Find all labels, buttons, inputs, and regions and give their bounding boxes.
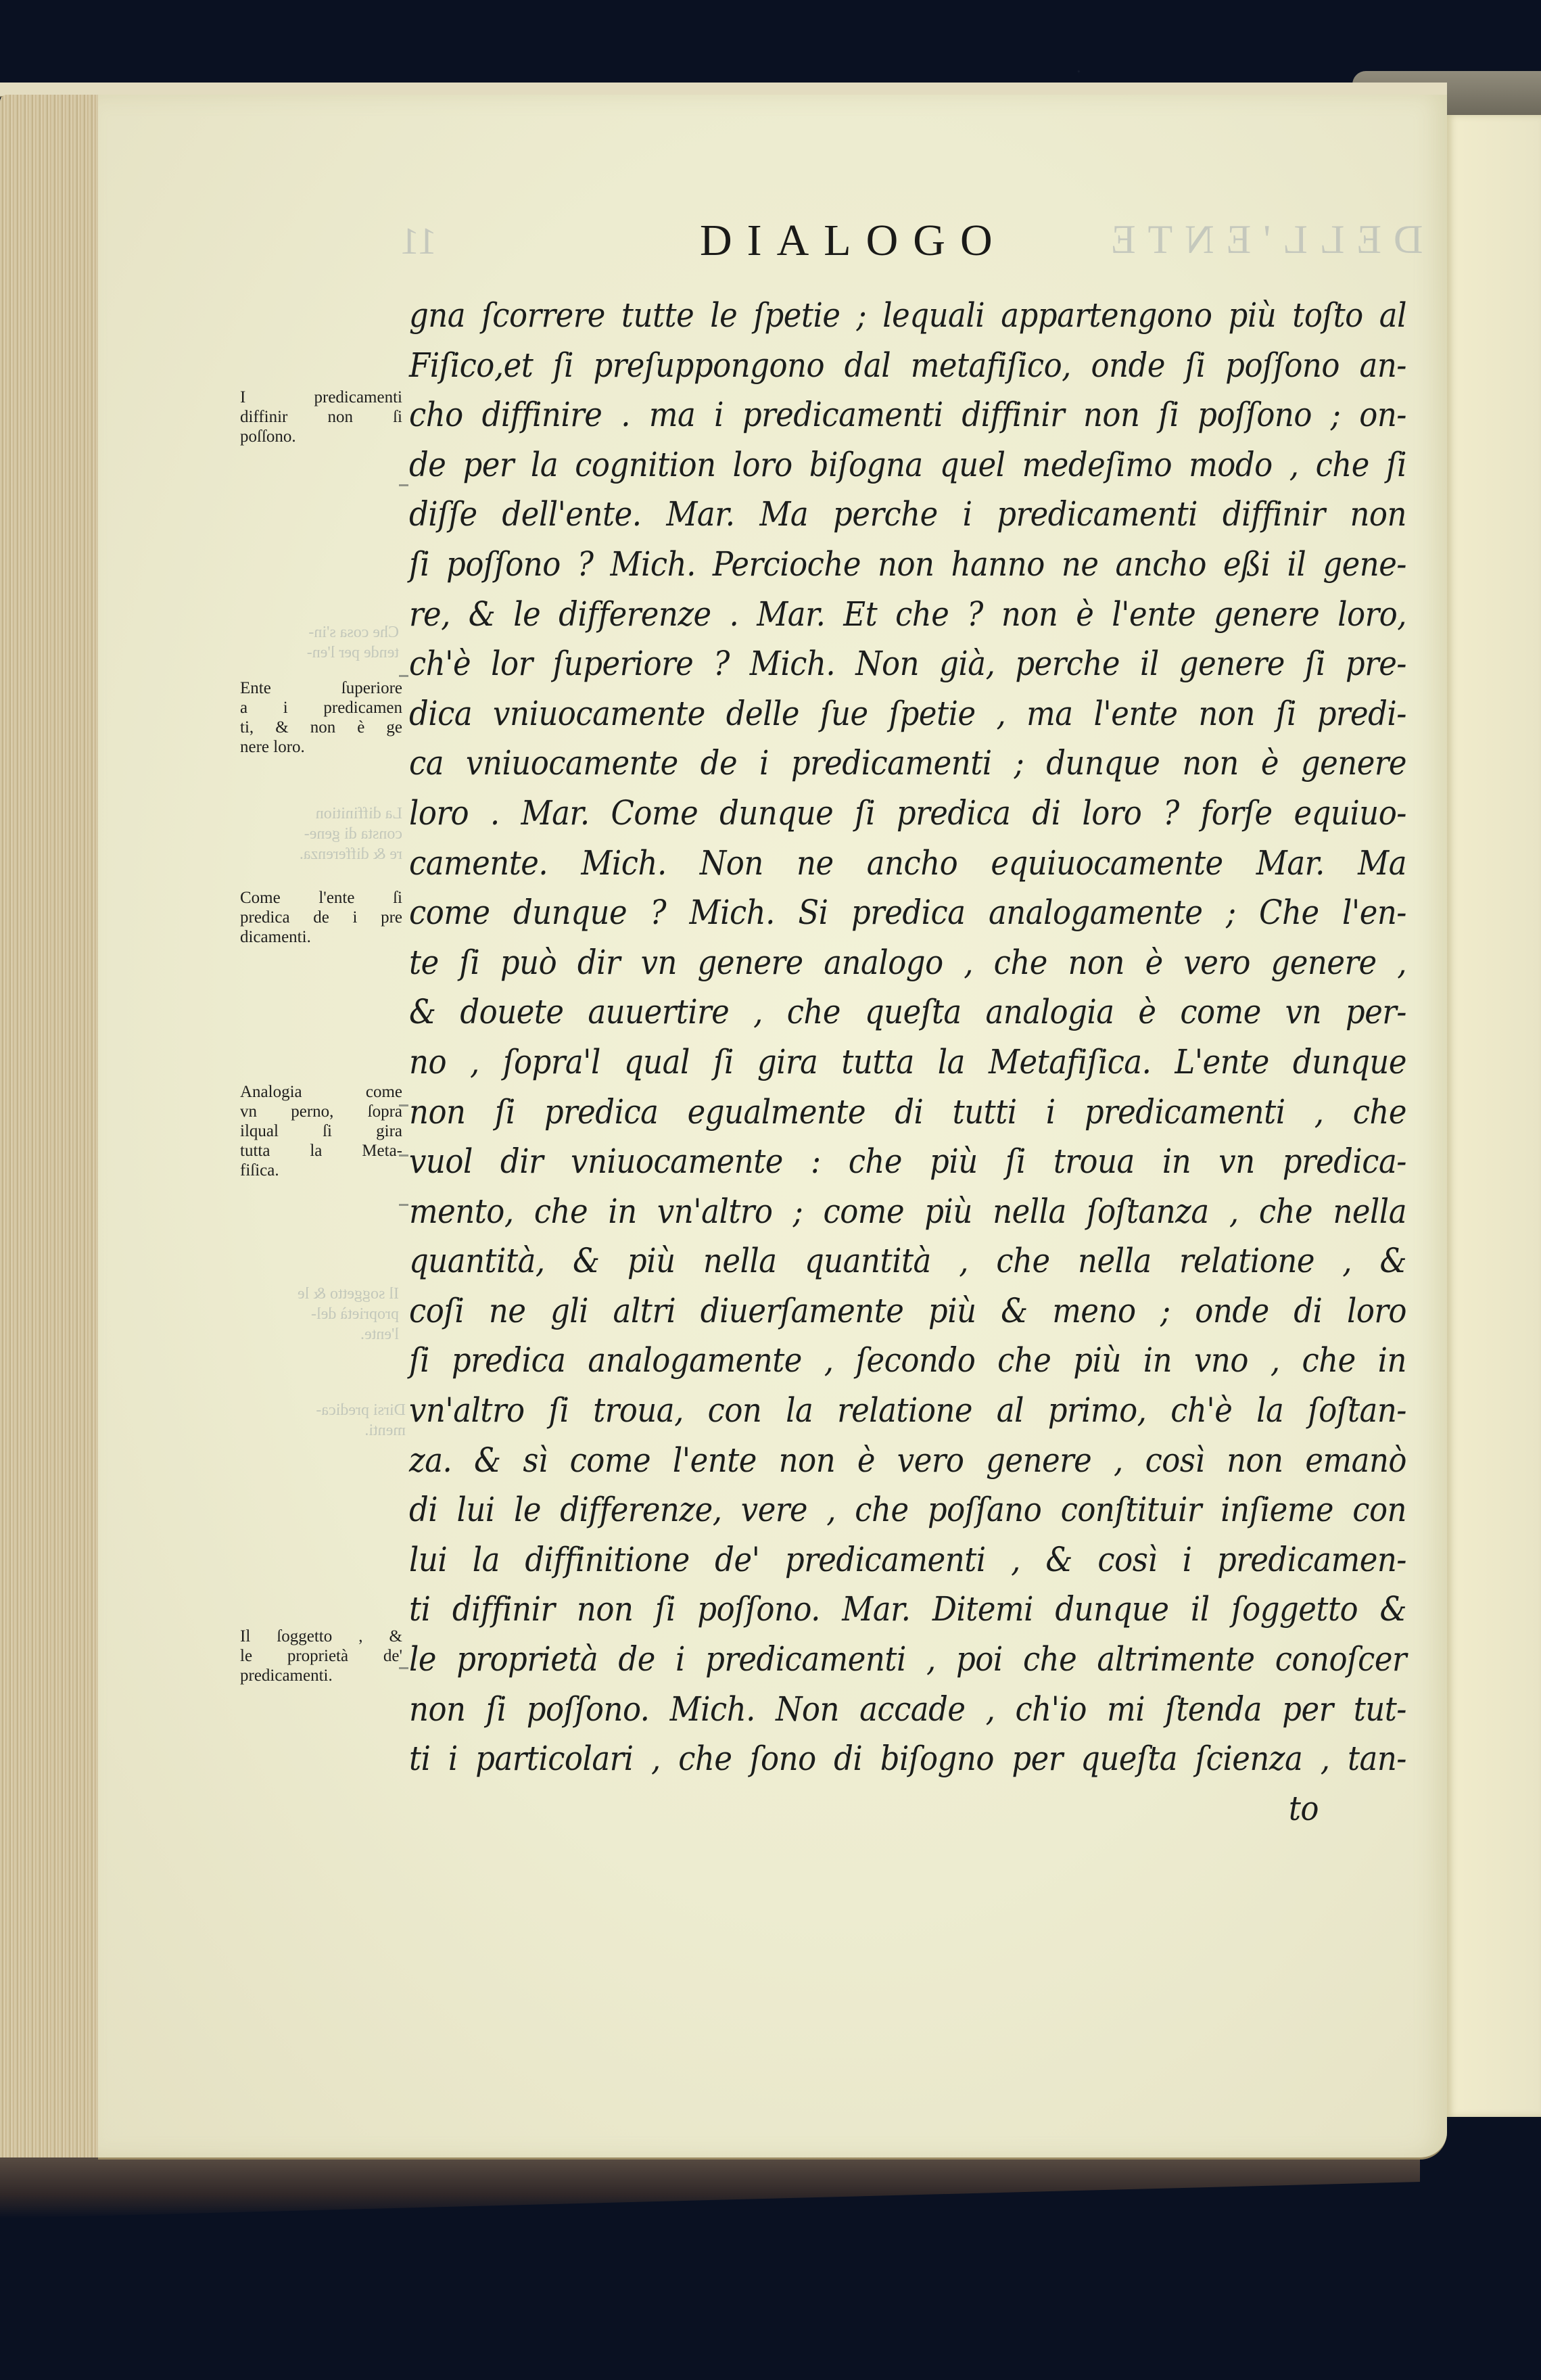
- note-anchor-mark: [399, 675, 408, 677]
- text-line: no , ſopra'l qual ſi gira tutta la Metaf…: [409, 1037, 1406, 1088]
- bleed-through-note: Che cosa s'in- tende per l'en-: [237, 622, 399, 663]
- text-line: Fiſico,et ſi preſuppongono dal metafiſic…: [409, 341, 1406, 391]
- text-line: vn'altro ſi troua, con la relatione al p…: [409, 1386, 1406, 1436]
- bleed-through-running-head: DELL'ENTE: [1099, 216, 1423, 263]
- adjacent-page-edge: [1447, 115, 1541, 2117]
- text-line: non ſi poſſono. Mich. Non accade , ch'io…: [409, 1685, 1406, 1735]
- catchword: to: [409, 1784, 1406, 1834]
- text-line: non ſi predica egualmente di tutti i pre…: [409, 1088, 1406, 1138]
- text-line: dica vniuocamente delle ſue ſpetie , ma …: [409, 689, 1406, 739]
- marginal-note: Come l'ente ſi predica de i pre dicament…: [240, 888, 402, 947]
- text-line: di lui le differenze, vere , che poſſano…: [409, 1485, 1406, 1535]
- note-anchor-mark: [399, 1104, 408, 1106]
- text-line: cho diffinire . ma i predicamenti diffin…: [409, 390, 1406, 440]
- text-line: come dunque ? Mich. Si predica analogame…: [409, 888, 1406, 938]
- bleed-through-note: La diffinition consta di gene- re & diff…: [240, 803, 402, 864]
- text-line: le proprietà de i predicamenti , poi che…: [409, 1635, 1406, 1685]
- text-line: za. & sì come l'ente non è vero genere ,…: [409, 1436, 1406, 1486]
- text-line: lui la diffinitione de' predicamenti , &…: [409, 1535, 1406, 1585]
- text-line: gna ſcorrere tutte le ſpetie ; lequali a…: [409, 291, 1406, 341]
- body-text: gna ſcorrere tutte le ſpetie ; lequali a…: [409, 291, 1406, 1834]
- bleed-through-page-number: 11: [400, 220, 437, 263]
- bleed-through-note: Dirsi predica- menti.: [243, 1400, 406, 1441]
- note-anchor-mark: [399, 484, 408, 486]
- marginal-note: Ente ſuperiore a i predicamen ti, & non …: [240, 678, 402, 757]
- text-line: re, & le differenze . Mar. Et che ? non …: [409, 590, 1406, 640]
- text-line: loro . Mar. Come dunque ſi predica di lo…: [409, 789, 1406, 839]
- text-line: ch'è lor ſuperiore ? Mich. Non già, perc…: [409, 639, 1406, 689]
- text-line: ti diffinir non ſi poſſono. Mar. Ditemi …: [409, 1585, 1406, 1635]
- marginal-note: Analogia come vn perno, ſopra ilqual ſi …: [240, 1082, 402, 1180]
- note-anchor-mark: [399, 1667, 408, 1669]
- text-line: camente. Mich. Non ne ancho equiuocament…: [409, 839, 1406, 889]
- bleed-through-note: Il soggetto & le proprietà del- l'ente.: [237, 1284, 399, 1345]
- note-anchor-mark: [399, 1154, 408, 1157]
- fore-edge-leaves: [0, 95, 101, 2157]
- text-line: vuol dir vniuocamente : che più ſi troua…: [409, 1137, 1406, 1187]
- text-line: ti i particolari , che ſono di biſogno p…: [409, 1734, 1406, 1784]
- text-line: de per la cognition loro biſogna quel me…: [409, 440, 1406, 490]
- marginal-note: I predicamenti diffinir non ſi poſſono.: [240, 388, 402, 446]
- text-line: mento, che in vn'altro ; come più nella …: [409, 1187, 1406, 1237]
- text-line: quantità, & più nella quantità , che nel…: [409, 1236, 1406, 1286]
- marginal-note: Il ſoggetto , & le proprietà de' predica…: [240, 1627, 402, 1685]
- text-line: diſſe dell'ente. Mar. Ma perche i predic…: [409, 490, 1406, 540]
- text-line: te ſi può dir vn genere analogo , che no…: [409, 938, 1406, 988]
- text-line: ſi poſſono ? Mich. Percioche non hanno n…: [409, 540, 1406, 590]
- text-line: & douete auuertire , che queſta analogia…: [409, 987, 1406, 1037]
- text-line: ca vniuocamente de i predicamenti ; dunq…: [409, 739, 1406, 789]
- note-anchor-mark: [399, 1204, 408, 1206]
- running-head: DIALOGO: [700, 215, 1007, 266]
- text-line: coſi ne gli altri diuerſamente più & men…: [409, 1286, 1406, 1336]
- text-line: ſi predica analogamente , ſecondo che pi…: [409, 1336, 1406, 1386]
